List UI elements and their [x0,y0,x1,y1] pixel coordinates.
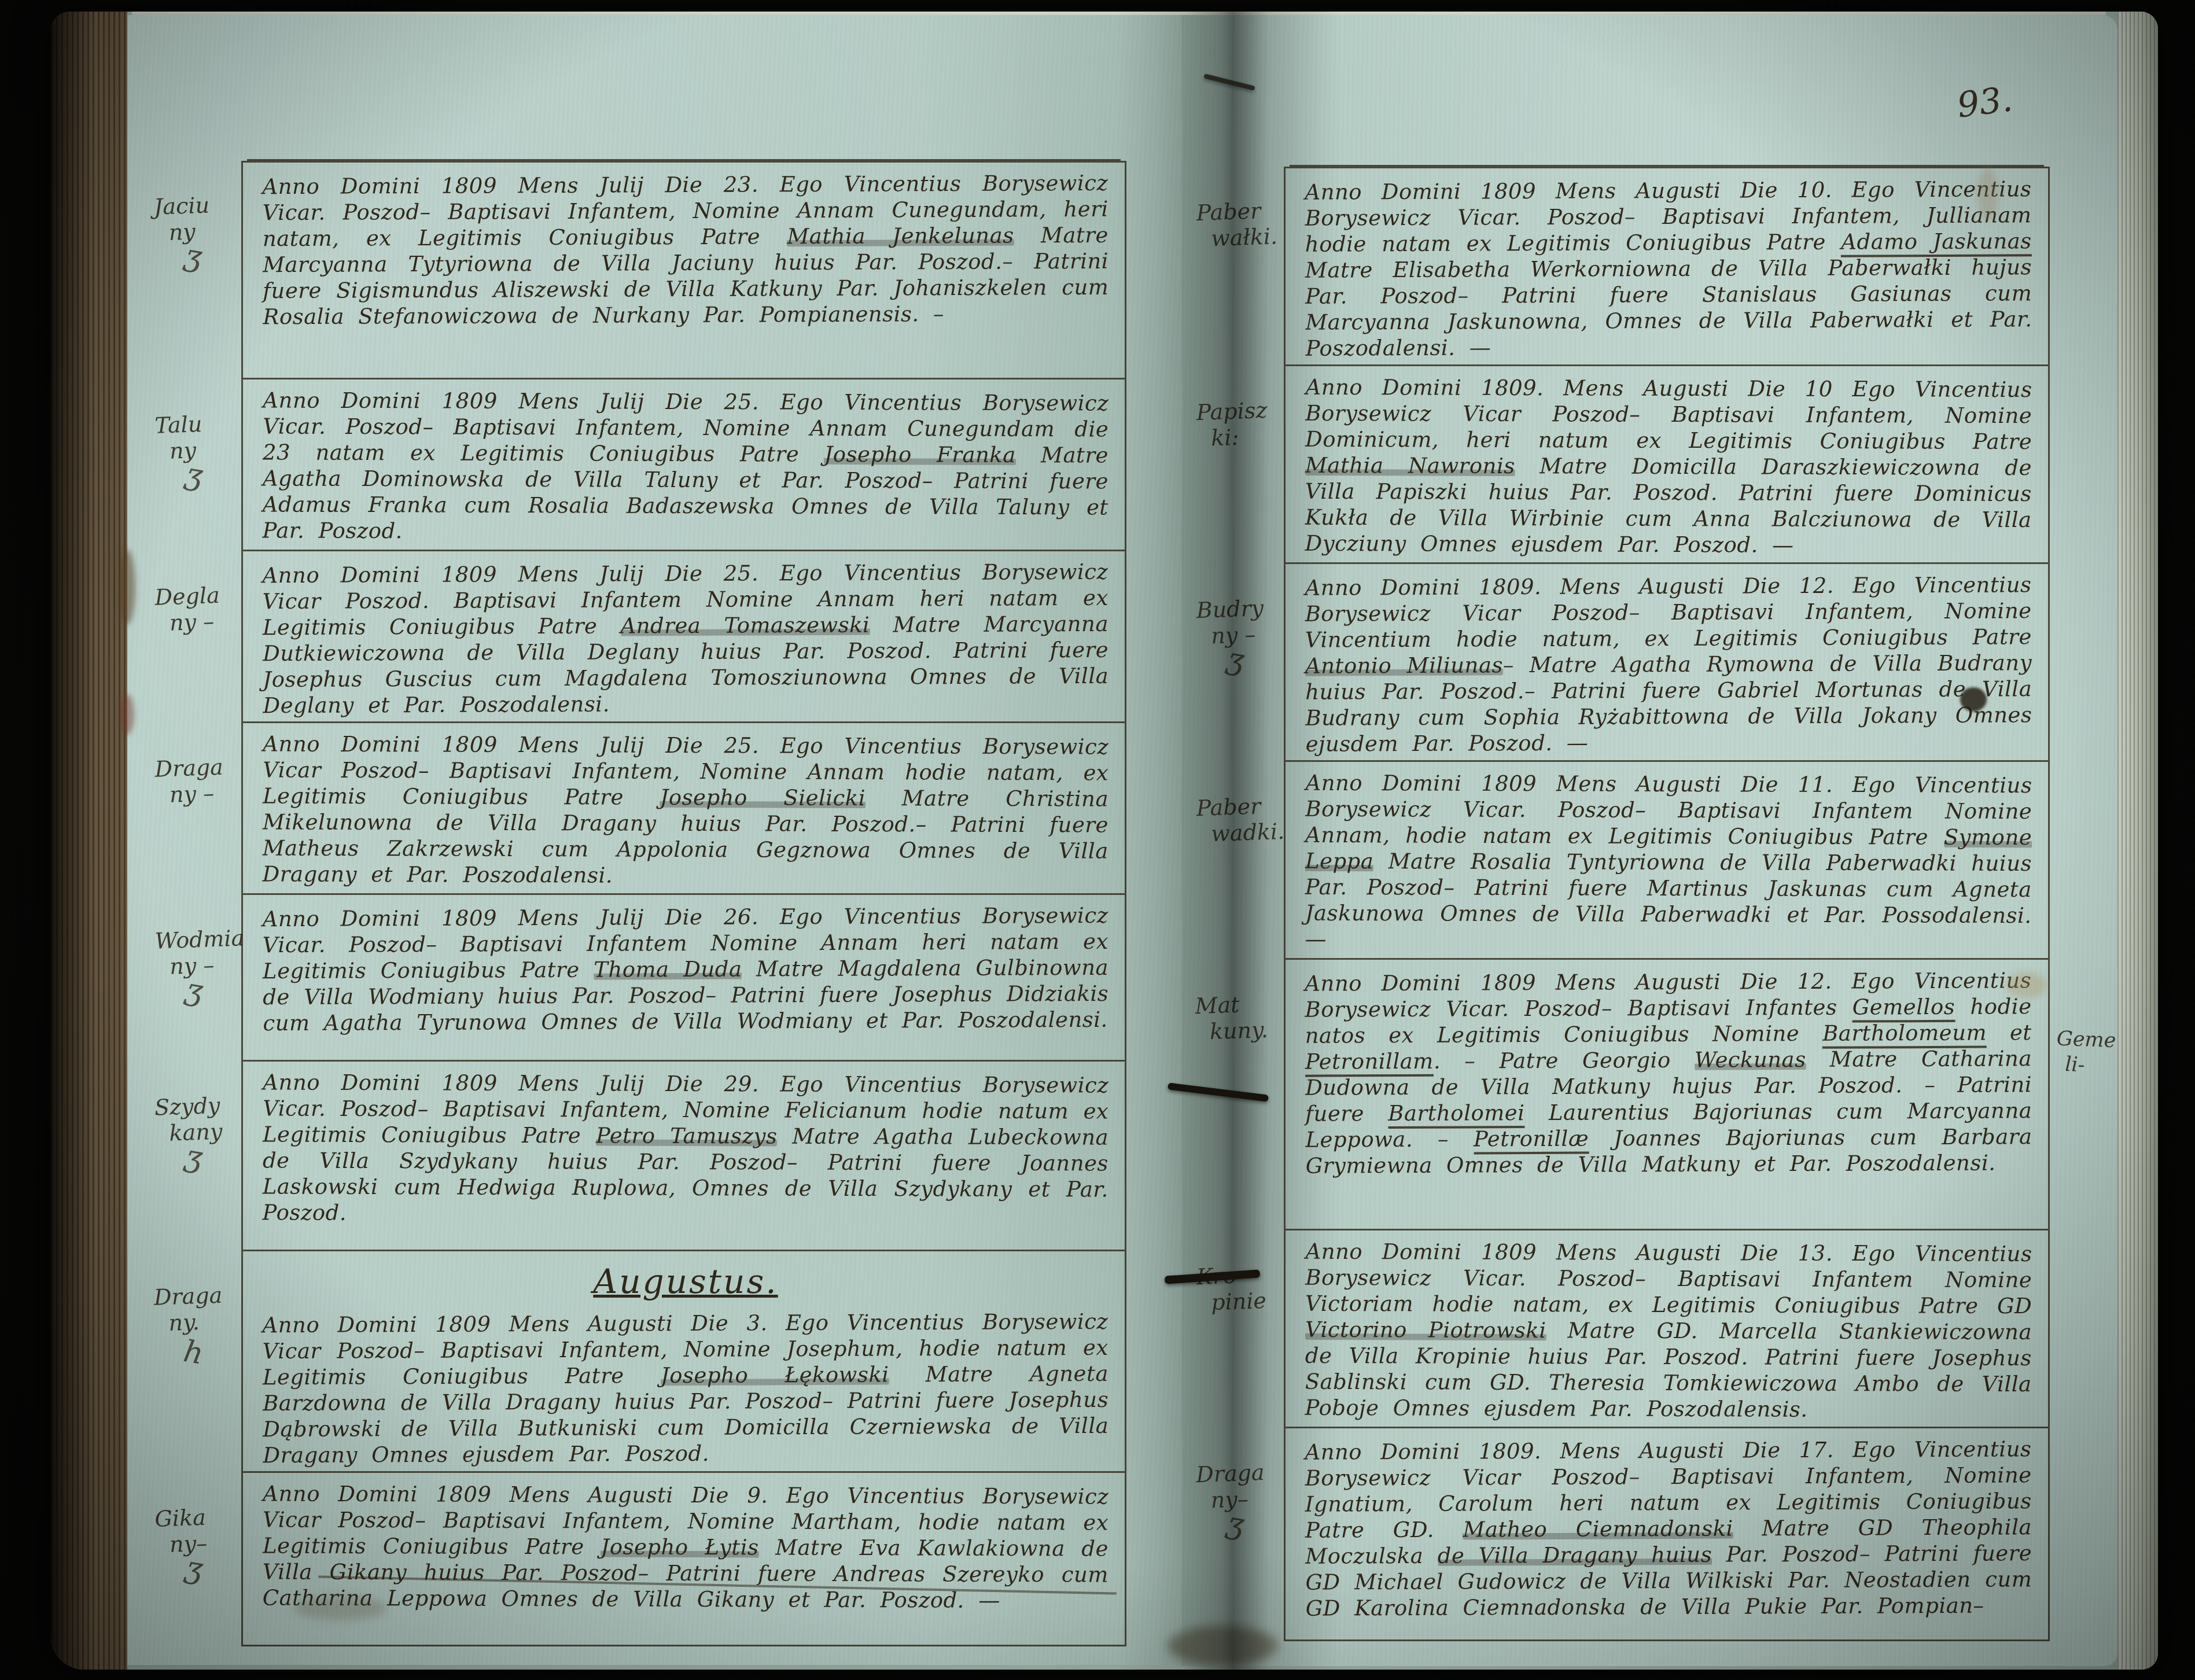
entry-body: Anno Domini 1809 Mens Julij Die 26. Ego … [241,895,1126,1062]
register-entry: JaciunyƷ Anno Domini 1809 Mens Julij Die… [127,161,1126,380]
margin-label-line: Ʒ [1223,647,1246,685]
margin-village-label: TalunyƷ [124,378,244,554]
entry-text: Anno Domini 1809 Mens Julij Die 25. Ego … [263,731,1109,890]
margin-village-label: Wodmiany –Ʒ [124,893,244,1064]
entry-text: Anno Domini 1809 Mens Julij Die 23. Ego … [262,170,1108,330]
register-entry: Dragany.h Augustus. Anno Domini 1809 Men… [127,1251,1126,1473]
margin-label-line: Jaciu [153,191,239,220]
entry-text: Anno Domini 1809. Mens Augusti Die 10 Eg… [1305,374,2032,559]
margin-village-label: Papiszki: [1178,364,1287,566]
entry-body: Anno Domini 1809 Mens Julij Die 23. Ego … [241,161,1126,380]
margin-label-line: wadki. [1211,819,1283,847]
entry-body: Anno Domini 1809 Mens Augusti Die 10. Eg… [1284,167,2050,366]
margin-village-label: Gikany–Ʒ [124,1471,244,1649]
margin-label-line: Mat [1195,990,1281,1019]
pencil-underline: Josepho Sielicki [660,785,866,810]
margin-village-label: Dragany.h [123,1250,245,1475]
gemelli-side-note: Gemeli- [2056,1027,2138,1080]
margin-label-line: Szydy [154,1092,240,1121]
entry-text: Anno Domini 1809 Mens Augusti Die 10. Eg… [1305,176,2032,361]
ink-underline: Bartholomei [1388,1100,1525,1129]
entry-text: Anno Domini 1809 Mens Augusti Die 9. Ego… [263,1480,1109,1613]
ink-underline: Petronillæ [1474,1126,1589,1155]
margin-village-label: Dragany – [124,721,244,897]
pencil-underline: de Villa Dragany huius [1438,1542,1712,1568]
margin-village-label: Dragany–Ʒ [1178,1427,1288,1643]
entry-text: Anno Domini 1809. Mens Augusti Die 12. E… [1305,572,2032,757]
entry-text: Anno Domini 1809 Mens Julij Die 26. Ego … [263,902,1109,1036]
entry-body: Anno Domini 1809 Mens Augusti Die 9. Ego… [241,1473,1126,1646]
margin-label-line: pinie [1211,1287,1283,1316]
register-entry: Paberwałki. Anno Domini 1809 Mens August… [1182,167,2050,366]
left-page: JaciunyƷ Anno Domini 1809 Mens Julij Die… [127,15,1233,1665]
register-entry: Budryny –Ʒ Anno Domini 1809. Mens August… [1182,564,2050,762]
pencil-underline: Josepho Łytis [601,1534,758,1560]
margin-label-line: Draga [154,754,240,783]
entry-text: Anno Domini 1809 Mens Julij Die 25. Ego … [263,387,1109,546]
margin-label-line: ny. [168,1307,240,1336]
entry-body: Anno Domini 1809 Mens Augusti Die 13. Eg… [1284,1230,2050,1428]
entry-body: Augustus. Anno Domini 1809 Mens Augusti … [241,1251,1126,1473]
open-register-book: JaciunyƷ Anno Domini 1809 Mens Julij Die… [51,12,2158,1670]
right-page-entries: Paberwałki. Anno Domini 1809 Mens August… [1182,167,2050,1641]
margin-label-line: ny – [169,607,241,636]
register-entry: Matkuny. Anno Domini 1809 Mens Augusti D… [1182,960,2050,1230]
margin-label-line: ny [169,436,241,464]
margin-label-line: Ʒ [181,1144,204,1182]
entry-body: Anno Domini 1809 Mens Julij Die 25. Ego … [241,380,1126,551]
ink-underline: Petronillam [1305,1049,1434,1077]
pencil-underline: Victorino Piotrowski [1305,1317,1546,1343]
ink-underline: Gemellos [1853,994,1955,1023]
pencil-underline: Mathia Jenkelunas [787,223,1014,249]
margin-label-line: Paber [1196,793,1282,821]
entry-text: Anno Domini 1809 Mens Augusti Die 11. Eg… [1305,770,2032,955]
margin-label-line: Ʒ [182,1556,205,1594]
register-entry: Gikany–Ʒ Anno Domini 1809 Mens Augusti D… [127,1473,1126,1646]
pencil-underline: Petro Tamuszys [596,1123,778,1148]
pencil-underline: Antonio Miliunas [1305,653,1503,678]
pencil-underline: Josepho Łękowski [661,1362,889,1388]
margin-label-line: Ʒ [1223,1511,1246,1549]
margin-label-line: ny– [169,1529,241,1557]
margin-village-label: SzydykanyƷ [124,1060,244,1254]
register-entry: TalunyƷ Anno Domini 1809 Mens Julij Die … [127,380,1126,551]
pencil-underline: Matheo Ciemnadonski [1463,1516,1733,1542]
margin-label-line: ny – [1211,621,1283,649]
margin-label-line: Draga [1196,1459,1282,1488]
margin-label-line: ny [168,217,240,245]
margin-label-line: Paber [1196,197,1282,226]
entry-text: Anno Domini 1809. Mens Augusti Die 17. E… [1305,1436,2032,1621]
margin-label-line: Ʒ [182,978,205,1016]
margin-village-label: Paberwadki. [1178,760,1287,961]
register-entry: Wodmiany –Ʒ Anno Domini 1809 Mens Julij … [127,895,1126,1062]
pencil-underline: Josepho Franka [824,442,1015,467]
register-entry: SzydykanyƷ Anno Domini 1809 Mens Julij D… [127,1062,1126,1251]
pencil-underline: Thoma Duda [594,957,742,982]
entry-body: Anno Domini 1809. Mens Augusti Die 12. E… [1284,564,2050,762]
margin-label-line: kuny. [1209,1016,1281,1045]
margin-village-label: Deglany – [124,550,244,725]
register-entry: Deglany – Anno Domini 1809 Mens Julij Di… [127,551,1126,723]
register-entry: Paberwadki. Anno Domini 1809 Mens August… [1182,762,2050,960]
left-page-entries: JaciunyƷ Anno Domini 1809 Mens Julij Die… [127,161,1126,1646]
margin-label-line: ny – [170,951,241,979]
margin-label-line: Degla [154,582,240,611]
margin-label-line: kany [169,1118,241,1146]
ink-underline: Adamo Jaskunas [1841,229,2032,257]
page-number: 93. [1955,79,2014,126]
register-entry: Dragany – Anno Domini 1809 Mens Julij Di… [127,723,1126,895]
page-stack-left-edge [51,12,127,1670]
ink-underline: Bartholomeum [1822,1020,1987,1049]
pencil-underline: Symone Leppa [1305,825,2032,874]
margin-label-line: Gika [154,1504,240,1532]
entry-text: Anno Domini 1809 Mens Augusti Die 3. Ego… [262,1309,1108,1468]
right-page: Paberwałki. Anno Domini 1809 Mens August… [1182,15,2117,1666]
page-stack-right-edge [2117,12,2158,1670]
margin-label-line: ny – [169,779,241,808]
pencil-underline: Mathia Nawronis [1305,453,1515,478]
margin-label-line: Draga [153,1282,239,1311]
margin-label-line: Papisz [1196,397,1282,426]
margin-label-line: ny– [1210,1485,1283,1513]
entry-body: Anno Domini 1809 Mens Augusti Die 12. Eg… [1284,960,2050,1230]
entry-text: Anno Domini 1809 Mens Julij Die 25. Ego … [262,559,1108,719]
margin-label-line: Ʒ [181,244,204,282]
margin-label-line: Wodmia [154,926,240,955]
entry-text: Anno Domini 1809 Mens Augusti Die 12. Eg… [1305,967,2032,1178]
entry-body: Anno Domini 1809 Mens Julij Die 25. Ego … [241,551,1126,723]
entry-body: Anno Domini 1809 Mens Julij Die 29. Ego … [241,1062,1126,1251]
pencil-underline: Weckunas [1695,1047,1806,1073]
margin-village-label: Budryny –Ʒ [1178,562,1287,764]
scanned-register-photo: JaciunyƷ Anno Domini 1809 Mens Julij Die… [0,0,2195,1680]
entry-body: Anno Domini 1809 Mens Julij Die 25. Ego … [241,723,1126,895]
register-entry: Kropinie Anno Domini 1809 Mens Augusti D… [1182,1230,2050,1428]
margin-label-line: Budry [1196,595,1282,624]
entry-body: Anno Domini 1809. Mens Augusti Die 10 Eg… [1284,366,2050,564]
entry-body: Anno Domini 1809 Mens Augusti Die 11. Eg… [1284,762,2050,960]
margin-label-line: ki: [1211,423,1283,451]
margin-label-line: h [181,1334,206,1372]
register-entry: Papiszki: Anno Domini 1809. Mens Augusti… [1182,366,2050,564]
month-heading: Augustus. [263,1262,1108,1301]
pencil-underline: Andrea Tomaszewski [620,613,870,639]
margin-label-line: wałki. [1211,223,1283,252]
entry-text: Anno Domini 1809 Mens Augusti Die 13. Eg… [1305,1239,2032,1423]
entry-text: Anno Domini 1809 Mens Julij Die 29. Ego … [263,1069,1109,1228]
margin-label-line: Ʒ [182,462,205,500]
margin-village-label: Kropinie [1178,1229,1287,1430]
entry-body: Anno Domini 1809. Mens Augusti Die 17. E… [1284,1428,2050,1641]
margin-village-label: Paberwałki. [1178,165,1287,368]
margin-label-line: Talu [154,410,240,439]
register-entry: Dragany–Ʒ Anno Domini 1809. Mens Augusti… [1182,1428,2050,1641]
margin-village-label: JaciunyƷ [123,159,245,382]
